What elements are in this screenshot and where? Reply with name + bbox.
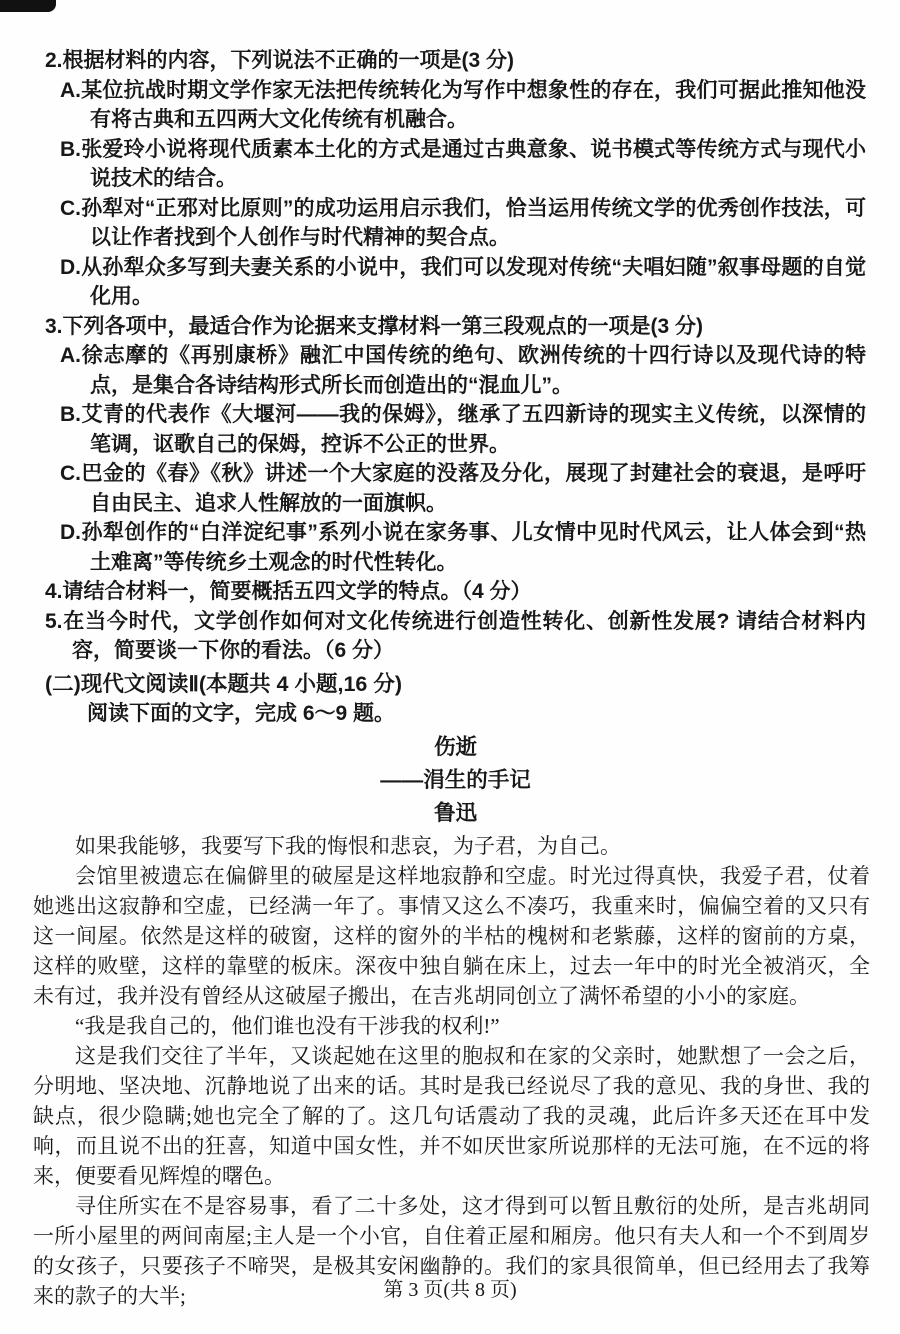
question-2-option-a: A.某位抗战时期文学作家无法把传统转化为写作中想象性的存在，我们可据此推知他没有… <box>60 76 866 135</box>
passage-title: 伤逝 <box>45 731 866 764</box>
question-5-stem: 5.在当今时代，文学创作如何对文化传统进行创造性转化、创新性发展? 请结合材料内… <box>45 607 866 666</box>
option-label: B. <box>60 403 81 426</box>
option-text: 从孙犁众多写到夫妻关系的小说中，我们可以发现对传统“夫唱妇随”叙事母题的自觉化用… <box>81 256 866 309</box>
question-4-stem: 4.请结合材料一，简要概括五四文学的特点。（4 分） <box>45 577 866 607</box>
section-heading: (二)现代文阅读Ⅱ(本题共 4 小题,16 分) <box>45 669 866 699</box>
option-label: D. <box>60 256 81 279</box>
question-stem-text: 下列各项中，最适合作为论据来支撑材料一第三段观点的一项是(3 分) <box>63 315 704 338</box>
option-label: C. <box>60 197 81 220</box>
option-label: C. <box>60 462 81 485</box>
question-2-stem: 2.根据材料的内容，下列说法不正确的一项是(3 分) <box>45 46 866 76</box>
option-text: 孙犁创作的“白洋淀纪事”系列小说在家务事、儿女情中见时代风云，让人体会到“热土难… <box>81 521 866 574</box>
passage-title-block: 伤逝 ——涓生的手记 鲁迅 <box>45 731 866 830</box>
passage-subtitle: ——涓生的手记 <box>45 764 866 797</box>
option-label: A. <box>60 344 81 367</box>
passage-paragraph: 这是我们交往了半年，又谈起她在这里的胞叔和在家的父亲时，她默想了一会之后，分明地… <box>33 1041 870 1191</box>
passage-paragraph: 如果我能够，我要写下我的悔恨和悲哀，为子君，为自己。 <box>33 831 870 861</box>
question-number: 5. <box>45 610 63 633</box>
question-number: 3. <box>45 315 63 338</box>
passage-paragraph: 会馆里被遗忘在偏僻里的破屋是这样地寂静和空虚。时光过得真快，我爱子君，仗着她逃出… <box>33 861 870 1011</box>
option-label: D. <box>60 521 81 544</box>
option-label: A. <box>60 79 81 102</box>
question-number: 2. <box>45 49 63 72</box>
page-footer: 第 3 页(共 8 页) <box>0 1273 900 1302</box>
option-text: 张爱玲小说将现代质素本土化的方式是通过古典意象、说书模式等传统方式与现代小说技术… <box>81 138 866 191</box>
question-2-option-c: C.孙犁对“正邪对比原则”的成功运用启示我们，恰当运用传统文学的优秀创作技法，可… <box>60 194 866 253</box>
option-text: 孙犁对“正邪对比原则”的成功运用启示我们，恰当运用传统文学的优秀创作技法，可以让… <box>81 197 866 250</box>
question-number: 4. <box>45 580 63 603</box>
question-3-option-a: A.徐志摩的《再别康桥》融汇中国传统的绝句、欧洲传统的十四行诗以及现代诗的特点，… <box>60 341 866 400</box>
question-stem-text: 在当今时代，文学创作如何对文化传统进行创造性转化、创新性发展? 请结合材料内容，… <box>63 610 866 663</box>
scan-artifact <box>0 0 56 12</box>
question-stem-text: 根据材料的内容，下列说法不正确的一项是(3 分) <box>63 49 515 72</box>
question-3-stem: 3.下列各项中，最适合作为论据来支撑材料一第三段观点的一项是(3 分) <box>45 312 866 342</box>
question-3-option-c: C.巴金的《春》《秋》讲述一个大家庭的没落及分化，展现了封建社会的衰退，是呼吁自… <box>60 459 866 518</box>
option-text: 艾青的代表作《大堰河——我的保姆》，继承了五四新诗的现实主义传统，以深情的笔调，… <box>81 403 866 456</box>
passage-body: 如果我能够，我要写下我的悔恨和悲哀，为子君，为自己。 会馆里被遗忘在偏僻里的破屋… <box>33 831 870 1311</box>
question-2-option-b: B.张爱玲小说将现代质素本土化的方式是通过古典意象、说书模式等传统方式与现代小说… <box>60 135 866 194</box>
exam-page: 2.根据材料的内容，下列说法不正确的一项是(3 分) A.某位抗战时期文学作家无… <box>0 0 900 1334</box>
question-3-option-d: D.孙犁创作的“白洋淀纪事”系列小说在家务事、儿女情中见时代风云，让人体会到“热… <box>60 518 866 577</box>
question-2-option-d: D.从孙犁众多写到夫妻关系的小说中，我们可以发现对传统“夫唱妇随”叙事母题的自觉… <box>60 253 866 312</box>
option-text: 巴金的《春》《秋》讲述一个大家庭的没落及分化，展现了封建社会的衰退，是呼吁自由民… <box>81 462 866 515</box>
question-2: 2.根据材料的内容，下列说法不正确的一项是(3 分) A.某位抗战时期文学作家无… <box>45 46 866 312</box>
option-label: B. <box>60 138 81 161</box>
question-4: 4.请结合材料一，简要概括五四文学的特点。（4 分） <box>45 577 866 607</box>
passage-author: 鲁迅 <box>45 797 866 830</box>
question-list: 2.根据材料的内容，下列说法不正确的一项是(3 分) A.某位抗战时期文学作家无… <box>45 46 866 666</box>
section-instruction: 阅读下面的文字，完成 6～9 题。 <box>45 699 866 729</box>
question-3-option-b: B.艾青的代表作《大堰河——我的保姆》，继承了五四新诗的现实主义传统，以深情的笔… <box>60 400 866 459</box>
question-stem-text: 请结合材料一，简要概括五四文学的特点。（4 分） <box>63 580 532 603</box>
question-3: 3.下列各项中，最适合作为论据来支撑材料一第三段观点的一项是(3 分) A.徐志… <box>45 312 866 578</box>
passage-paragraph: “我是我自己的，他们谁也没有干涉我的权利!” <box>33 1011 870 1041</box>
option-text: 某位抗战时期文学作家无法把传统转化为写作中想象性的存在，我们可据此推知他没有将古… <box>81 79 866 132</box>
question-5: 5.在当今时代，文学创作如何对文化传统进行创造性转化、创新性发展? 请结合材料内… <box>45 607 866 666</box>
option-text: 徐志摩的《再别康桥》融汇中国传统的绝句、欧洲传统的十四行诗以及现代诗的特点，是集… <box>81 344 866 397</box>
